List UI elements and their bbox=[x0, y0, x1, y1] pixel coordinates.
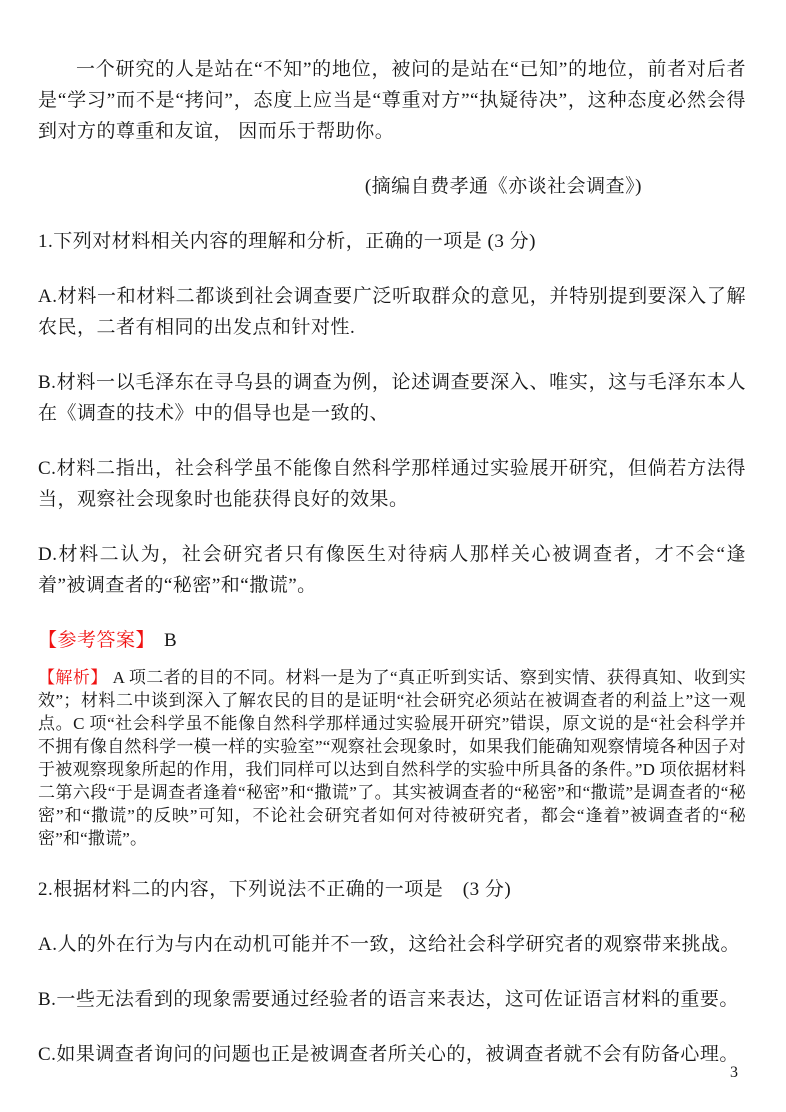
question1-answer-line: 【参考答案】B bbox=[38, 625, 746, 656]
question1-analysis-line: 【解析】A 项二者的目的不同。材料一是为了“真正听到实话、察到实情、获得真知、收… bbox=[38, 666, 746, 850]
source-citation: (摘编自费孝通《亦谈社会调查》) bbox=[38, 171, 746, 202]
question2-stem: 2.根据材料二的内容，下列说法不正确的一项是 (3 分) bbox=[38, 874, 746, 905]
question1-stem: 1.下列对材料相关内容的理解和分析，正确的一项是 (3 分) bbox=[38, 226, 746, 257]
analysis-text: A 项二者的目的不同。材料一是为了“真正听到实话、察到实情、获得真知、收到实效”… bbox=[38, 668, 746, 848]
question1-option-d: D.材料二认为，社会研究者只有像医生对待病人那样关心被调查者，才不会“逢着”被调… bbox=[38, 539, 746, 601]
page-number: 3 bbox=[730, 1064, 738, 1082]
question2-option-a: A.人的外在行为与内在动机可能并不一致，这给社会科学研究者的观察带来挑战。 bbox=[38, 929, 746, 960]
question2-option-b: B.一些无法看到的现象需要通过经验者的语言来表达，这可佐证语言材料的重要。 bbox=[38, 984, 746, 1015]
passage-paragraph: 一个研究的人是站在“不知”的地位，被问的是站在“已知”的地位，前者对后者是“学习… bbox=[38, 54, 746, 147]
question1-option-c: C.材料二指出，社会科学虽不能像自然科学那样通过实验展开研究，但倘若方法得当，观… bbox=[38, 453, 746, 515]
question1-option-a: A.材料一和材料二都谈到社会调查要广泛听取群众的意见，并特别提到要深入了解农民，… bbox=[38, 281, 746, 343]
question1-option-b: B.材料一以毛泽东在寻乌县的调查为例，论述调查要深入、唯实，这与毛泽东本人在《调… bbox=[38, 367, 746, 429]
analysis-label: 【解析】 bbox=[38, 668, 108, 687]
question2-option-c: C.如果调查者询问的问题也正是被调查者所关心的，被调查者就不会有防备心理。 bbox=[38, 1039, 746, 1070]
reference-answer-label: 【参考答案】 bbox=[38, 630, 155, 651]
reference-answer-value: B bbox=[164, 630, 177, 651]
document-page: 一个研究的人是站在“不知”的地位，被问的是站在“已知”的地位，前者对后者是“学习… bbox=[0, 0, 786, 1112]
